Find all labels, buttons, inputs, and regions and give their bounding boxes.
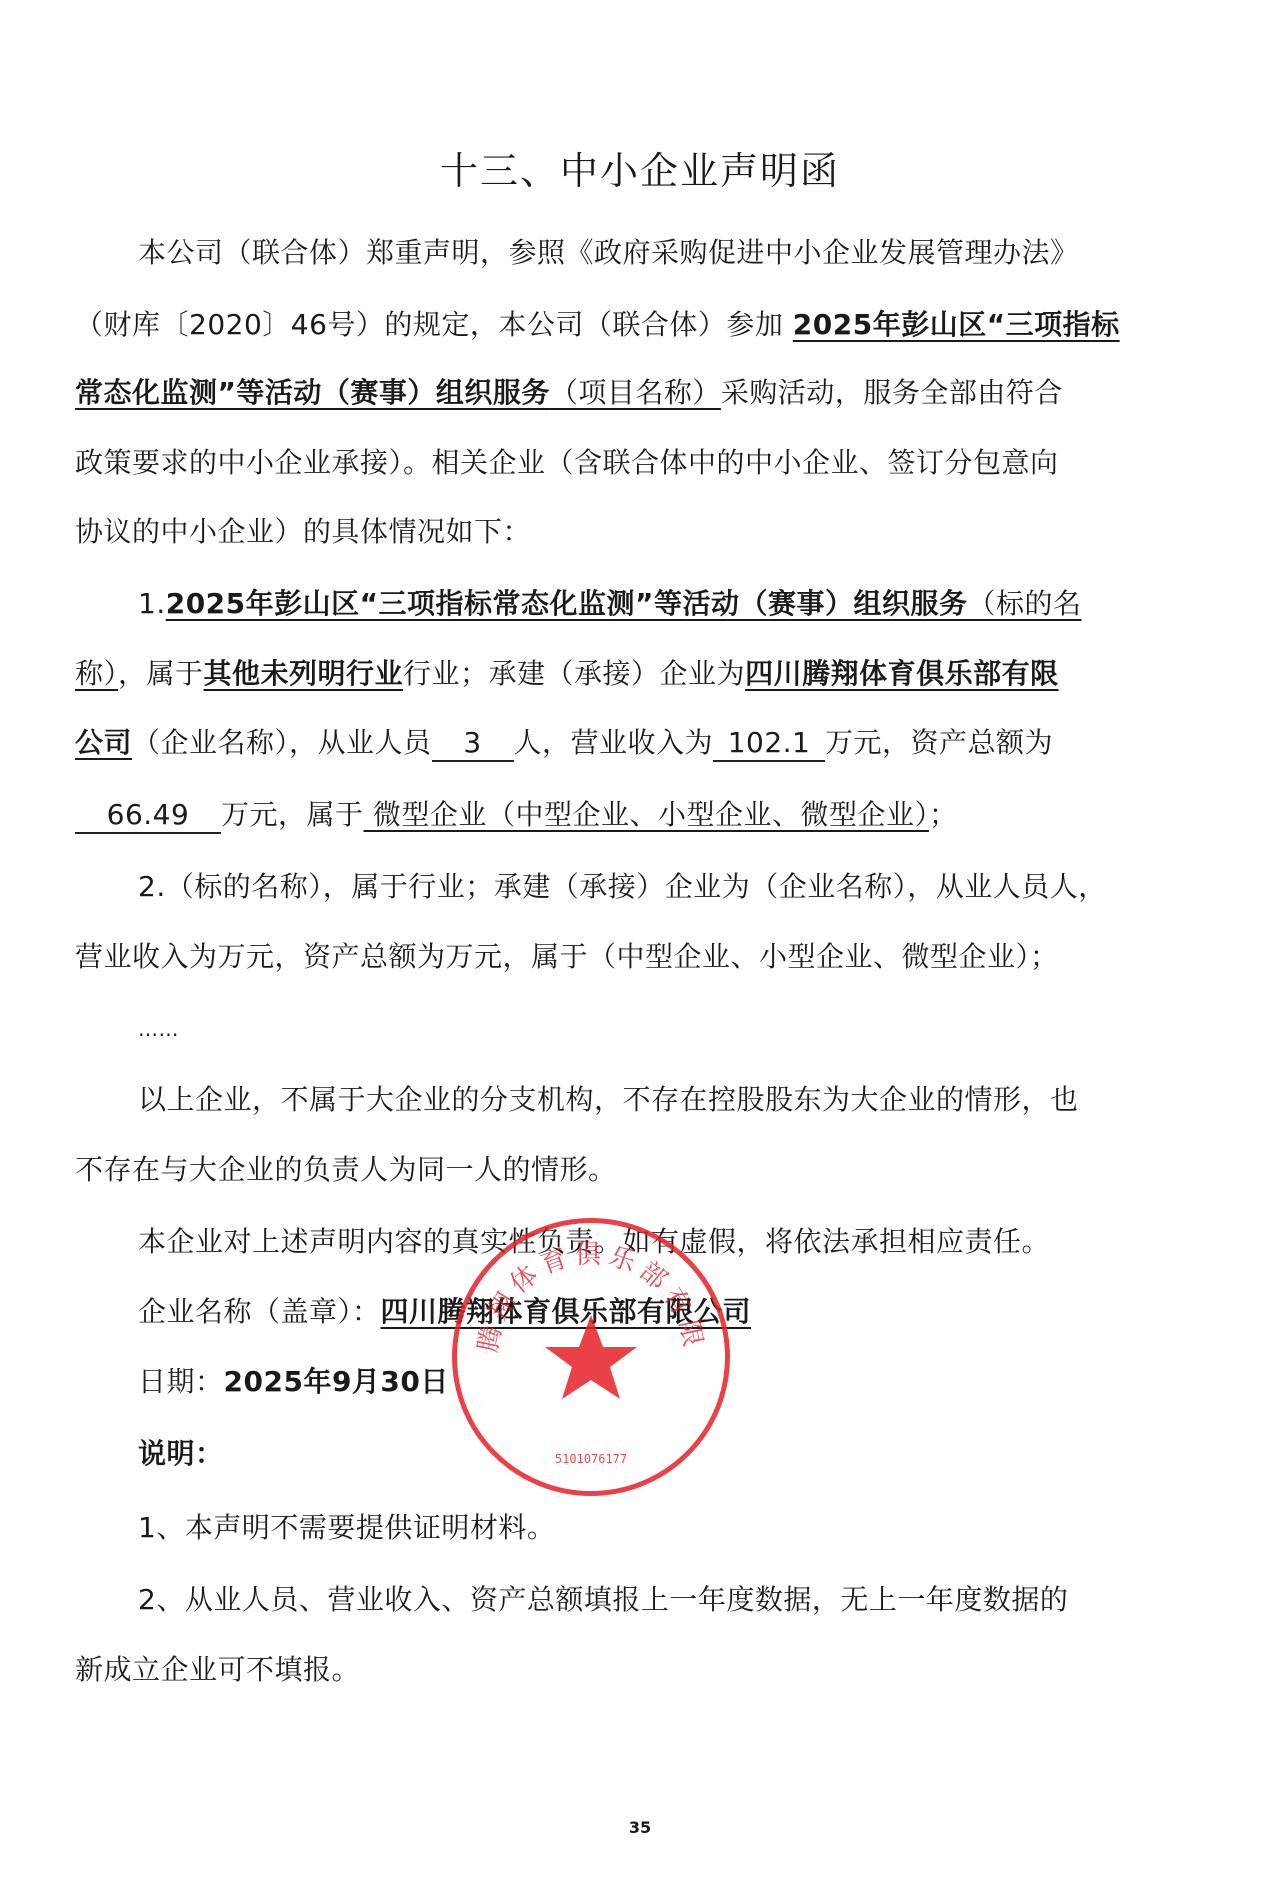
intro-line-3: 常态化监测”等活动（赛事）组织服务（项目名称）采购活动，服务全部由符合 bbox=[75, 373, 1205, 413]
project-name-part-1: 2025年彭山区“三项指标 bbox=[793, 308, 1120, 341]
ellipsis: …… bbox=[138, 1009, 1205, 1049]
date-value: 2025年9月30日 bbox=[224, 1365, 449, 1398]
note-2-line-2: 新成立企业可不填报。 bbox=[75, 1650, 1205, 1690]
item1-industry: 其他未列明行业 bbox=[204, 657, 404, 690]
item1-text: 行业；承建（承接）企业为 bbox=[403, 657, 745, 690]
date-label: 日期： bbox=[138, 1365, 224, 1398]
signature-line: 企业名称（盖章）：四川腾翔体育俱乐部有限公司 bbox=[138, 1292, 1205, 1332]
intro-text: 采购活动，服务全部由符合 bbox=[721, 376, 1063, 409]
intro-line-1: 本公司（联合体）郑重声明，参照《政府采购促进中小企业发展管理办法》 bbox=[138, 233, 1205, 273]
item1-line-3: 公司（企业名称），从业人员3人，营业收入为102.1万元，资产总额为 bbox=[75, 723, 1205, 763]
item1-line-1: 1.2025年彭山区“三项指标常态化监测”等活动（赛事）组织服务（标的名 bbox=[138, 584, 1205, 624]
signature-company: 四川腾翔体育俱乐部有限公司 bbox=[381, 1295, 752, 1328]
document-page: 十三、中小企业声明函 本公司（联合体）郑重声明，参照《政府采购促进中小企业发展管… bbox=[0, 0, 1280, 1900]
page-title: 十三、中小企业声明函 bbox=[0, 140, 1280, 195]
item1-company-part-1: 四川腾翔体育俱乐部有限 bbox=[745, 657, 1059, 690]
item1-employees: 3 bbox=[432, 726, 514, 762]
intro-text: （财库〔2020〕46号）的规定，本公司（联合体）参加 bbox=[75, 308, 793, 341]
item1-type-underlined: 微型企业（中型企业、小型企业、微型企业） bbox=[364, 798, 929, 831]
item2-line-1: 2.（标的名称），属于行业；承建（承接）企业为（企业名称），从业人员人， bbox=[138, 867, 1205, 907]
item1-line-2: 称），属于其他未列明行业行业；承建（承接）企业为四川腾翔体育俱乐部有限 bbox=[75, 654, 1205, 694]
page-number: 35 bbox=[0, 1818, 1280, 1837]
notes-heading: 说明： bbox=[138, 1434, 1205, 1474]
item1-type-options: （中型企业、小型企业、微型企业） bbox=[487, 798, 929, 831]
item1-subject: 2025年彭山区“三项指标常态化监测”等活动（赛事）组织服务 bbox=[166, 587, 968, 620]
note-2-line-1: 2、从业人员、营业收入、资产总额填报上一年度数据，无上一年度数据的 bbox=[138, 1580, 1205, 1620]
item1-subject-label: （标的名 bbox=[967, 587, 1081, 620]
project-name-label: （项目名称） bbox=[550, 376, 721, 409]
item1-enterprise-type: 微型企业 bbox=[373, 798, 487, 831]
item2-line-2: 营业收入为万元，资产总额为万元，属于（中型企业、小型企业、微型企业）； bbox=[75, 937, 1205, 977]
note-1: 1、本声明不需要提供证明材料。 bbox=[138, 1508, 1205, 1548]
item1-prefix: 1. bbox=[138, 587, 166, 620]
item1-subject-label-cont: 称） bbox=[75, 657, 118, 690]
item1-text: ； bbox=[929, 798, 958, 831]
intro-text: 本公司（联合体）郑重声明，参照《政府采购促进中小企业发展管理办法》 bbox=[138, 236, 1079, 269]
intro-line-5: 协议的中小企业）的具体情况如下： bbox=[75, 512, 1205, 552]
date-line: 日期：2025年9月30日 bbox=[138, 1362, 1205, 1402]
item1-revenue: 102.1 bbox=[713, 726, 825, 762]
project-name-part-2: 常态化监测”等活动（赛事）组织服务 bbox=[75, 376, 550, 409]
project-name-underlined: 常态化监测”等活动（赛事）组织服务（项目名称） bbox=[75, 376, 721, 409]
statement-line-2: 不存在与大企业的负责人为同一人的情形。 bbox=[75, 1150, 1205, 1190]
item1-text: 万元，资产总额为 bbox=[825, 726, 1053, 759]
item1-text: 人，营业收入为 bbox=[514, 726, 714, 759]
item1-company-part-2: 公司 bbox=[75, 726, 132, 759]
item1-text: （企业名称），从业人员 bbox=[132, 726, 432, 759]
intro-line-2: （财库〔2020〕46号）的规定，本公司（联合体）参加 2025年彭山区“三项指… bbox=[75, 305, 1205, 345]
item1-text: 万元，属于 bbox=[221, 798, 364, 831]
signature-label: 企业名称（盖章）： bbox=[138, 1295, 381, 1328]
statement-line-1: 以上企业，不属于大企业的分支机构，不存在控股股东为大企业的情形，也 bbox=[138, 1080, 1205, 1120]
intro-line-4: 政策要求的中小企业承接）。相关企业（含联合体中的中小企业、签订分包意向 bbox=[75, 443, 1205, 483]
item1-text: ，属于 bbox=[118, 657, 204, 690]
item1-assets: 66.49 bbox=[75, 798, 221, 834]
item1-subject-underlined: 2025年彭山区“三项指标常态化监测”等活动（赛事）组织服务（标的名 bbox=[166, 587, 1082, 620]
item1-line-4: 66.49万元，属于 微型企业（中型企业、小型企业、微型企业）； bbox=[75, 795, 1205, 835]
responsibility-statement: 本企业对上述声明内容的真实性负责。如有虚假，将依法承担相应责任。 bbox=[138, 1222, 1205, 1262]
